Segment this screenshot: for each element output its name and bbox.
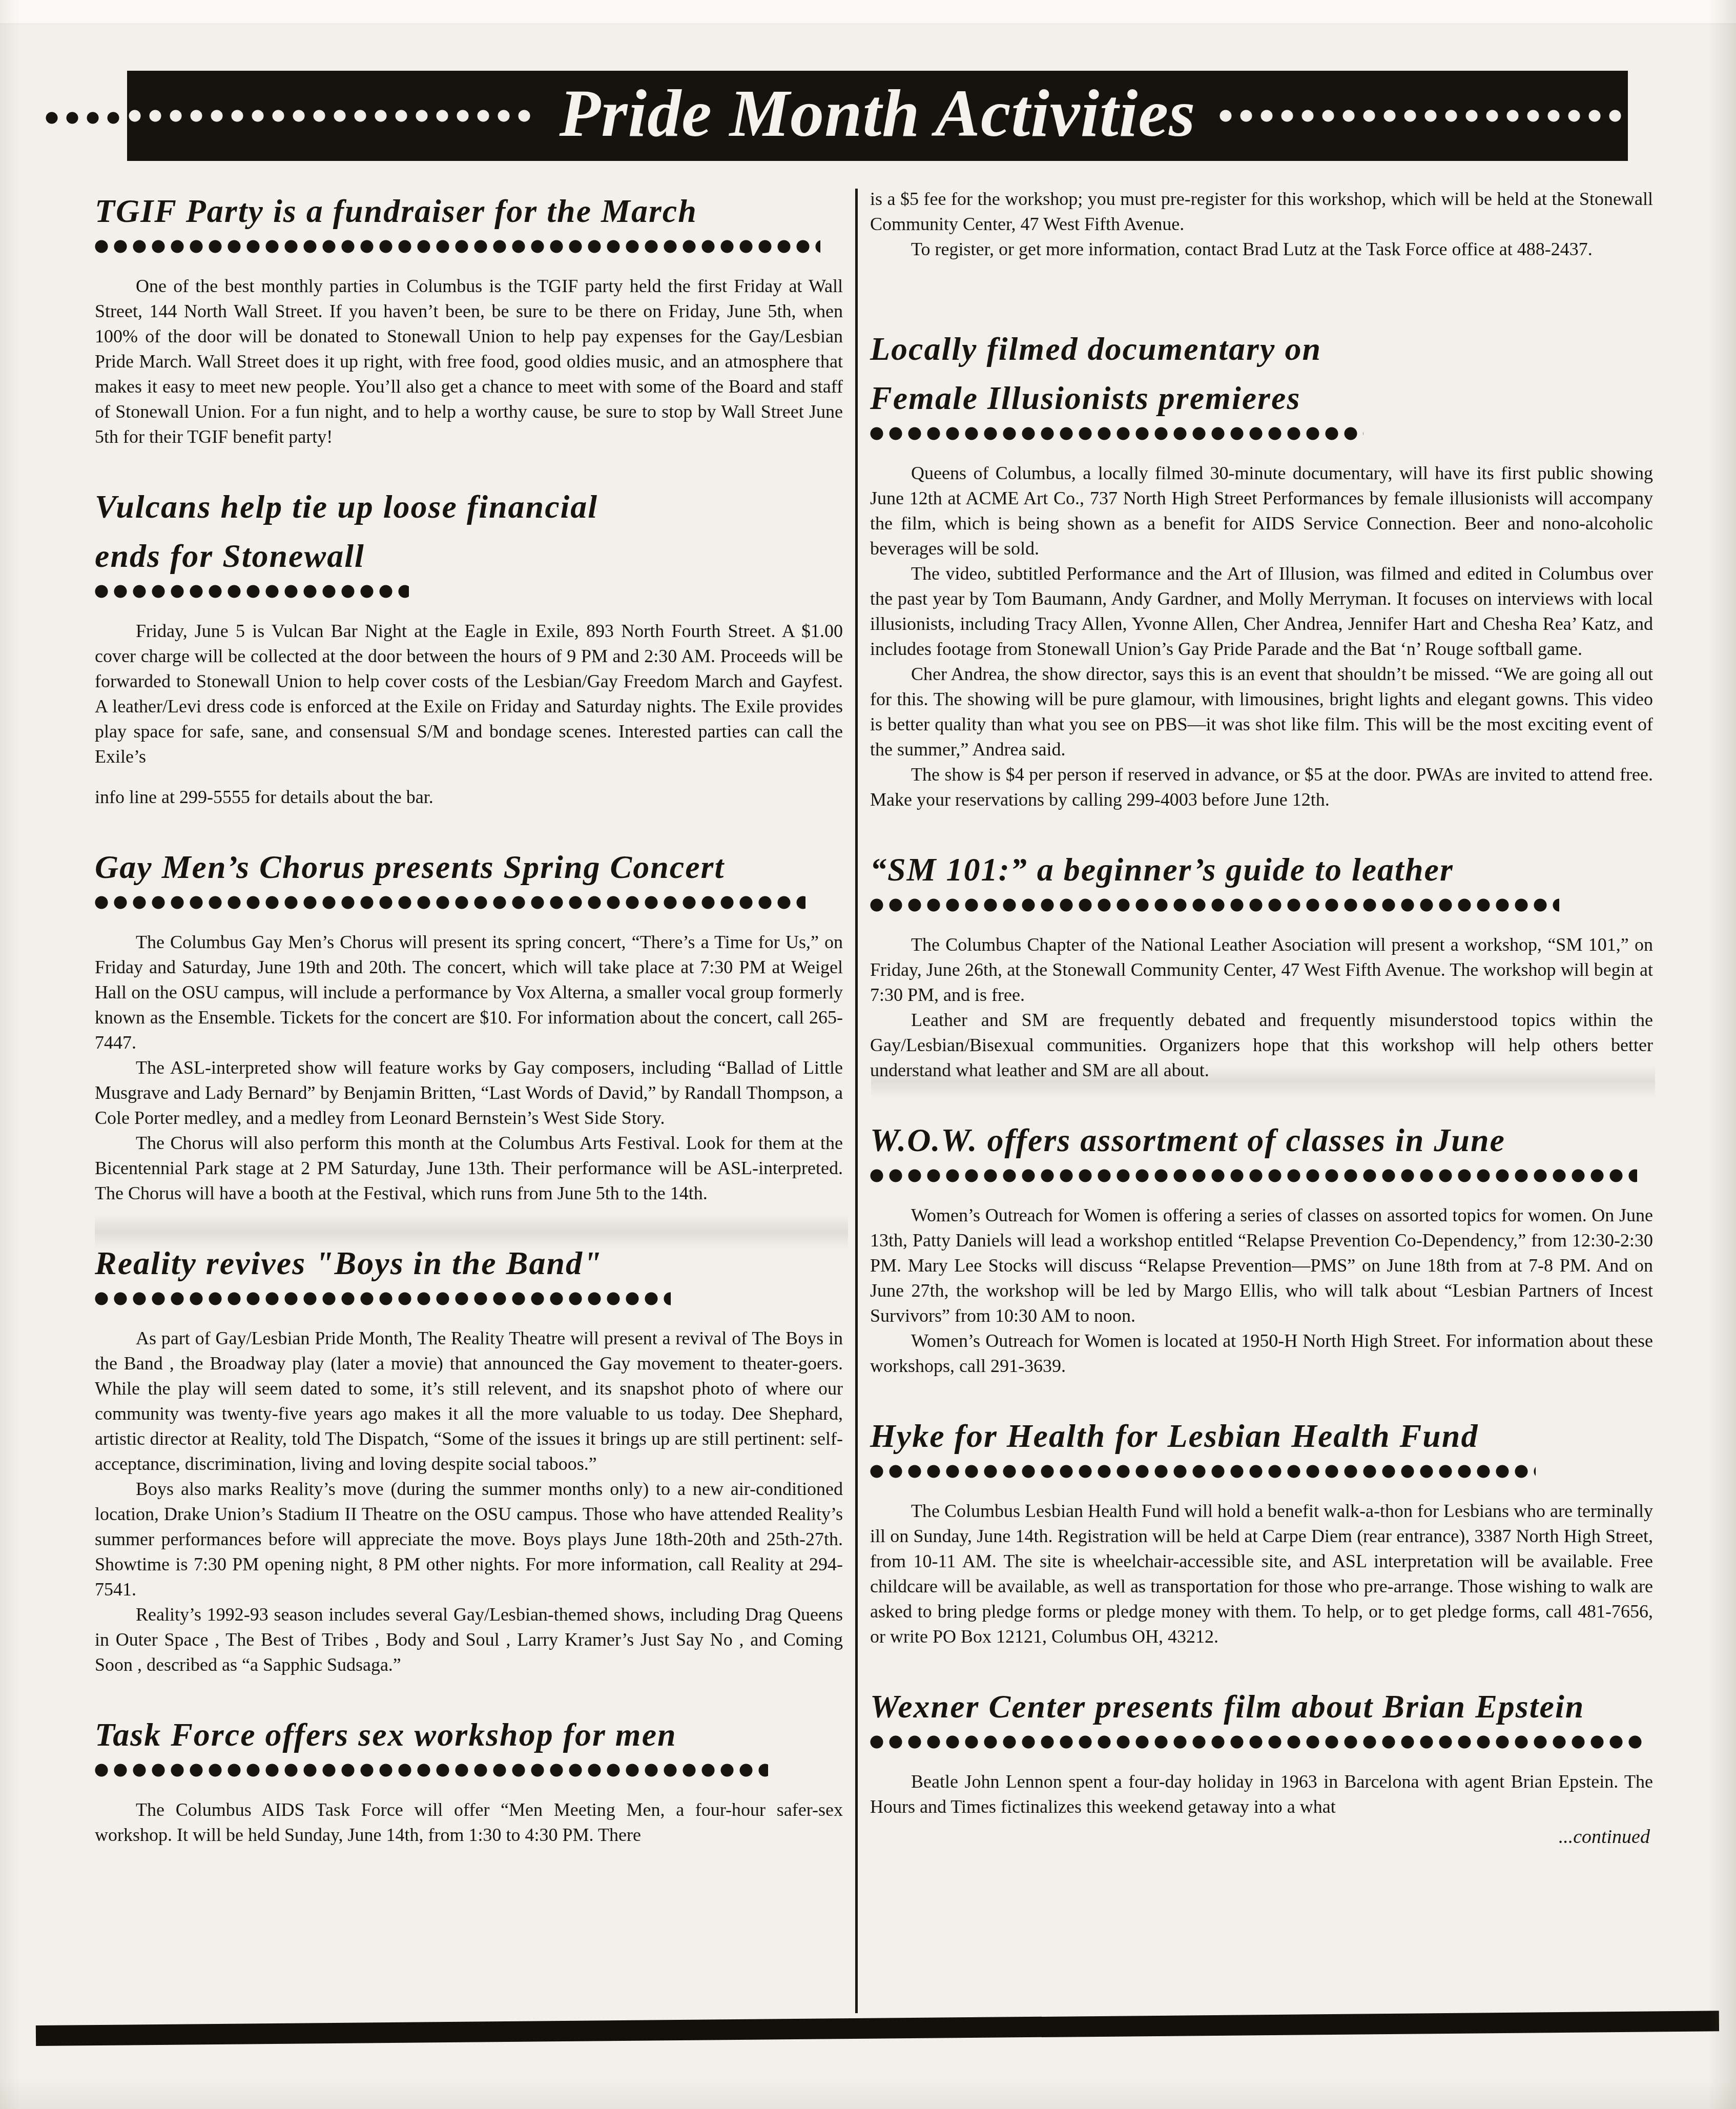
dotted-divider — [95, 1291, 671, 1306]
article-chorus: Gay Men’s Chorus presents Spring Concert… — [95, 843, 843, 1206]
paragraph: Leather and SM are frequently debated an… — [870, 1008, 1653, 1083]
paragraph: The video, subtitled Performance and the… — [870, 561, 1653, 662]
right-column: is a $5 fee for the workshop; you must p… — [870, 187, 1653, 2013]
paragraph: The Chorus will also perform this month … — [95, 1131, 843, 1206]
paragraph: Women’s Outreach for Women is offering a… — [870, 1203, 1653, 1328]
paragraph: The show is $4 per person if reserved in… — [870, 762, 1653, 812]
article-tgif-party: TGIF Party is a fundraiser for the March… — [95, 187, 843, 449]
article-reality: Reality revives "Boys in the Band" As pa… — [95, 1239, 843, 1677]
paragraph: Boys also marks Reality’s move (during t… — [95, 1477, 843, 1602]
article-wow: W.O.W. offers assortment of classes in J… — [870, 1116, 1653, 1379]
paragraph: Cher Andrea, the show director, says thi… — [870, 662, 1653, 762]
banner-left-dots-decoration — [44, 109, 122, 127]
paragraph: To register, or get more information, co… — [870, 237, 1653, 262]
dotted-divider — [870, 426, 1363, 441]
paragraph: The Columbus Lesbian Health Fund will ho… — [870, 1499, 1653, 1649]
masthead-banner: Pride Month Activities — [127, 71, 1628, 161]
paragraph: The Columbus Chapter of the National Lea… — [870, 932, 1653, 1008]
page-title: Pride Month Activities — [537, 79, 1218, 152]
paragraph: The Columbus Gay Men’s Chorus will prese… — [95, 930, 843, 1055]
dotted-divider — [870, 1464, 1536, 1479]
paragraph: Beatle John Lennon spent a four-day holi… — [870, 1769, 1653, 1819]
paragraph: Women’s Outreach for Women is located at… — [870, 1328, 1653, 1379]
paragraph: Queens of Columbus, a locally filmed 30-… — [870, 461, 1653, 561]
article-sm101: “SM 101:” a beginner’s guide to leather … — [870, 845, 1653, 1083]
section-heading-documentary: Locally filmed documentary on Female Ill… — [870, 324, 1653, 423]
banner-dotted-line-right — [1218, 107, 1628, 125]
paragraph: Reality’s 1992-93 season includes severa… — [95, 1602, 843, 1677]
left-column: TGIF Party is a fundraiser for the March… — [95, 187, 843, 2013]
heading-line: ends for Stonewall — [95, 538, 365, 574]
column-divider-rule — [855, 189, 858, 2013]
dotted-divider — [95, 1763, 768, 1778]
dotted-divider — [95, 895, 805, 910]
paragraph: info line at 299-5555 for details about … — [95, 785, 843, 810]
paragraph: The Columbus AIDS Task Force will offer … — [95, 1797, 843, 1848]
section-heading-tgif: TGIF Party is a fundraiser for the March — [95, 187, 843, 236]
heading-line: Locally filmed documentary on — [870, 331, 1321, 367]
article-wexner: Wexner Center presents film about Brian … — [870, 1682, 1653, 1850]
paragraph: The ASL-interpreted show will feature wo… — [95, 1055, 843, 1131]
heading-line: Vulcans help tie up loose financial — [95, 488, 598, 525]
paragraph: As part of Gay/Lesbian Pride Month, The … — [95, 1326, 843, 1477]
article-taskforce: Task Force offers sex workshop for men T… — [95, 1710, 843, 1848]
paragraph: is a $5 fee for the workshop; you must p… — [870, 187, 1653, 237]
article-vulcans: Vulcans help tie up loose financial ends… — [95, 482, 843, 810]
dotted-divider — [870, 897, 1559, 913]
section-heading-vulcans: Vulcans help tie up loose financial ends… — [95, 482, 843, 581]
article-hyke: Hyke for Health for Lesbian Health Fund … — [870, 1411, 1653, 1649]
dotted-divider — [95, 239, 820, 254]
paragraph: Friday, June 5 is Vulcan Bar Night at th… — [95, 619, 843, 769]
two-column-layout: TGIF Party is a fundraiser for the March… — [95, 187, 1656, 2013]
dotted-divider — [870, 1734, 1645, 1750]
section-heading-chorus: Gay Men’s Chorus presents Spring Concert — [95, 843, 843, 892]
section-heading-taskforce: Task Force offers sex workshop for men — [95, 1710, 843, 1759]
article-documentary: Locally filmed documentary on Female Ill… — [870, 324, 1653, 812]
paragraph: One of the best monthly parties in Colum… — [95, 274, 843, 449]
section-heading-wexner: Wexner Center presents film about Brian … — [870, 1682, 1653, 1731]
section-heading-hyke: Hyke for Health for Lesbian Health Fund — [870, 1411, 1653, 1461]
bottom-page-rule — [36, 2011, 1719, 2046]
banner-dotted-line-left — [127, 107, 537, 125]
continued-label: ...continued — [870, 1825, 1653, 1850]
newsletter-page: Pride Month Activities TGIF Party is a f… — [0, 0, 1736, 2109]
article-taskforce-continuation: is a $5 fee for the workshop; you must p… — [870, 187, 1653, 262]
section-heading-wow: W.O.W. offers assortment of classes in J… — [870, 1116, 1653, 1165]
dotted-divider — [870, 1168, 1637, 1183]
section-heading-reality: Reality revives "Boys in the Band" — [95, 1239, 843, 1288]
heading-line: Female Illusionists premieres — [870, 380, 1300, 416]
section-heading-sm101: “SM 101:” a beginner’s guide to leather — [870, 845, 1653, 894]
dotted-divider — [95, 584, 409, 599]
